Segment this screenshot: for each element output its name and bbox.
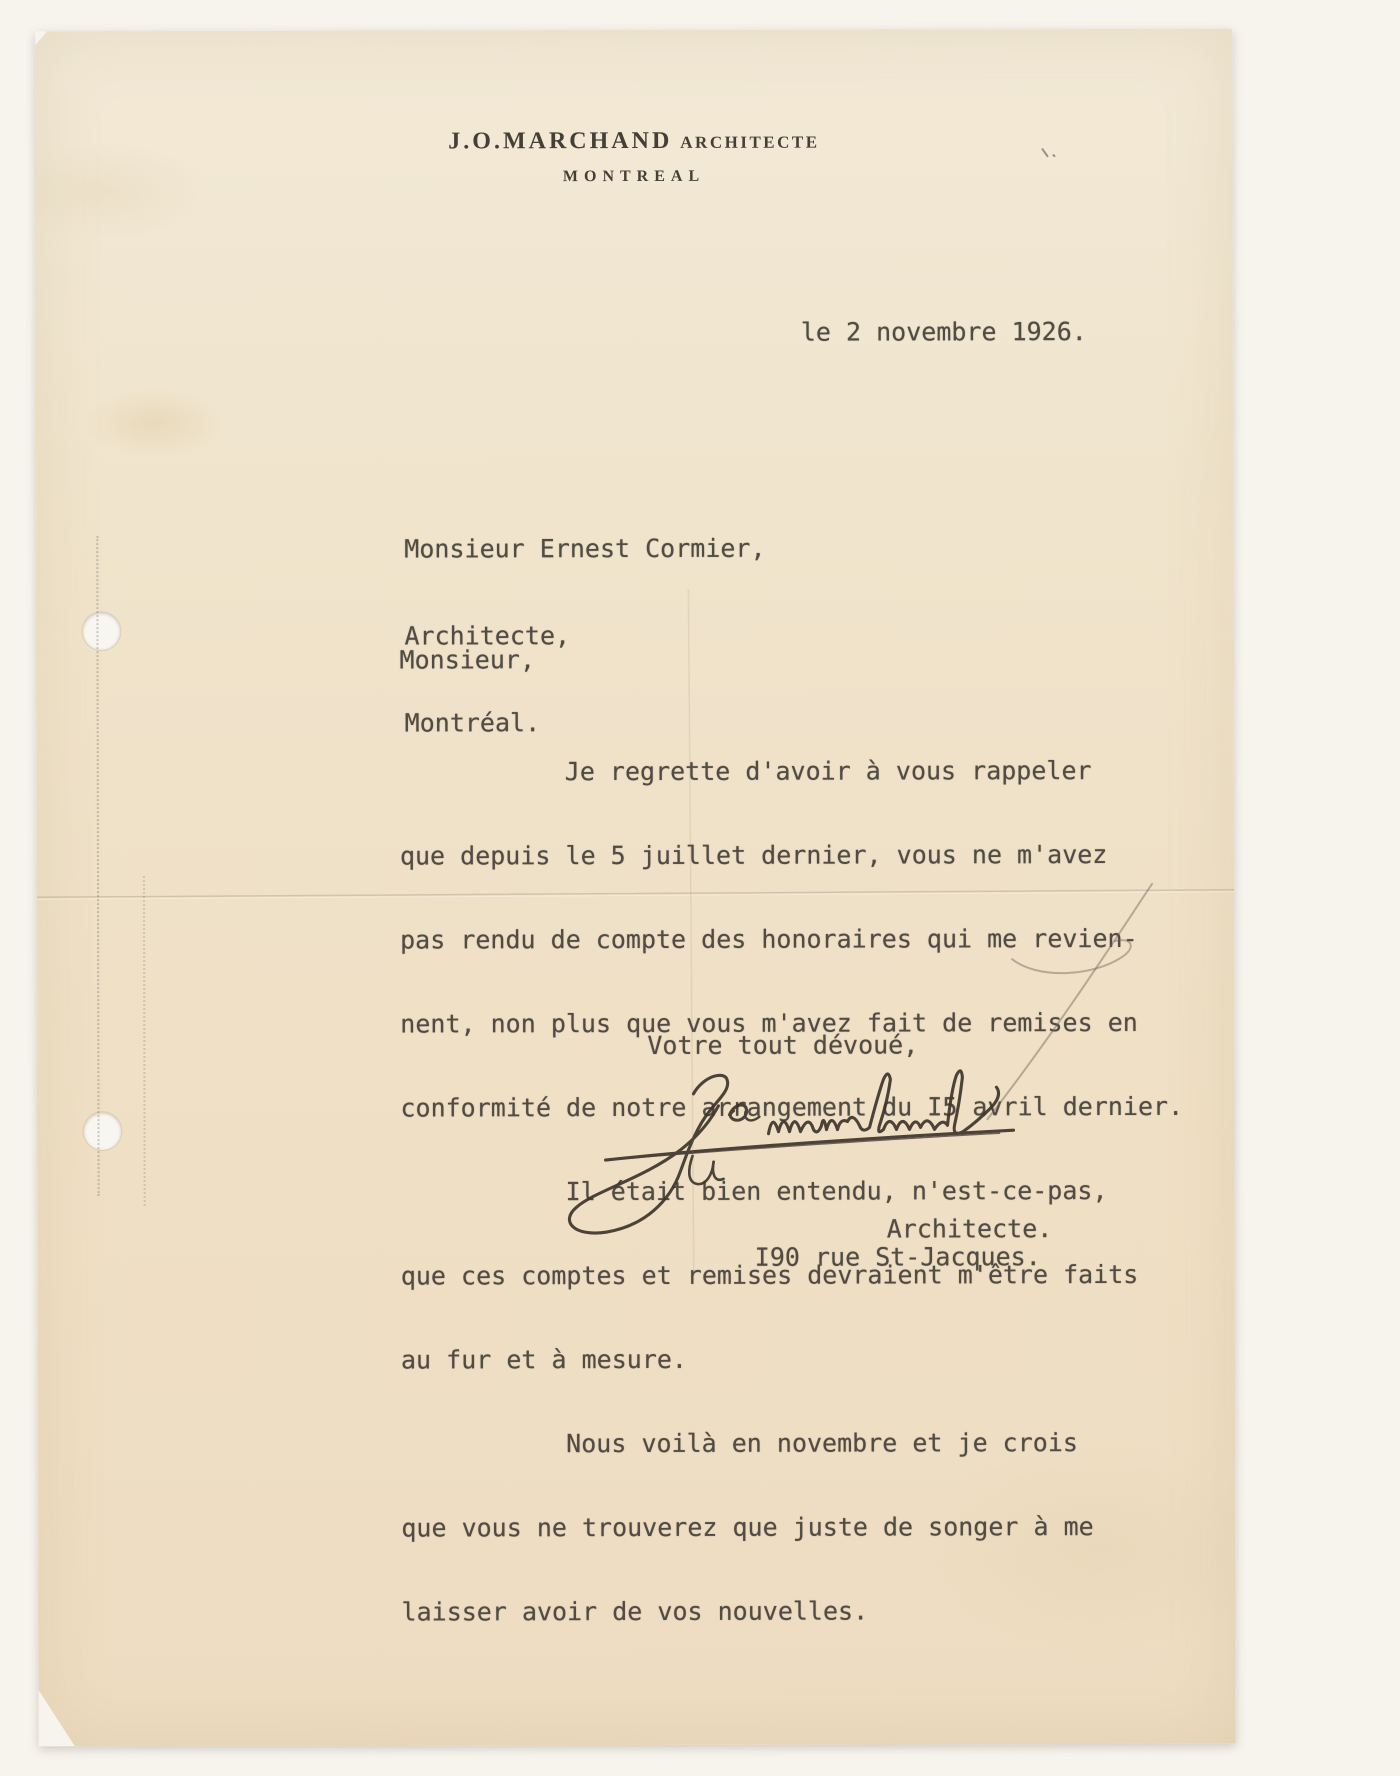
signoff-title: Architecte. (887, 1215, 1053, 1243)
recipient-name: Monsieur Ernest Cormier, (404, 534, 765, 564)
letterhead-line: J.O.MARCHANDARCHITECTE (35, 127, 1232, 157)
hole-punch-top (82, 612, 120, 650)
body-line: Nous voilà en novembre et je crois (401, 1429, 1184, 1459)
letterhead-title: ARCHITECTE (680, 133, 819, 152)
letterhead: J.O.MARCHANDARCHITECTE MONTREAL (35, 127, 1232, 188)
perforation-dashes-inner (143, 876, 146, 1206)
scanned-letter-screenshot: { "page": { "letterhead": { "name": "J.O… (0, 0, 1400, 1776)
salutation: Monsieur, (399, 646, 535, 674)
body-line: que depuis le 5 juillet dernier, vous ne… (400, 841, 1183, 871)
corner-cut-top-left (35, 31, 47, 45)
signoff-address: I90 rue St-Jacques. (755, 1243, 1041, 1272)
letterhead-name: J.O.MARCHAND (448, 128, 672, 154)
hole-punch-bottom (83, 1112, 121, 1150)
corner-cut-bottom-left (39, 1690, 75, 1746)
letter-page: J.O.MARCHANDARCHITECTE MONTREAL le 2 nov… (35, 29, 1236, 1747)
letterhead-city: MONTREAL (35, 167, 1232, 188)
body-line: laisser avoir de vos nouvelles. (401, 1597, 1184, 1627)
closing-line: Votre tout dévoué, (647, 1031, 918, 1060)
body-line: pas rendu de compte des honoraires qui m… (400, 925, 1183, 955)
body-line: au fur et à mesure. (401, 1345, 1184, 1375)
date-line: le 2 novembre 1926. (801, 318, 1087, 347)
body-line: que vous ne trouverez que juste de songe… (401, 1513, 1184, 1543)
body-line: Je regrette d'avoir à vous rappeler (400, 757, 1183, 787)
